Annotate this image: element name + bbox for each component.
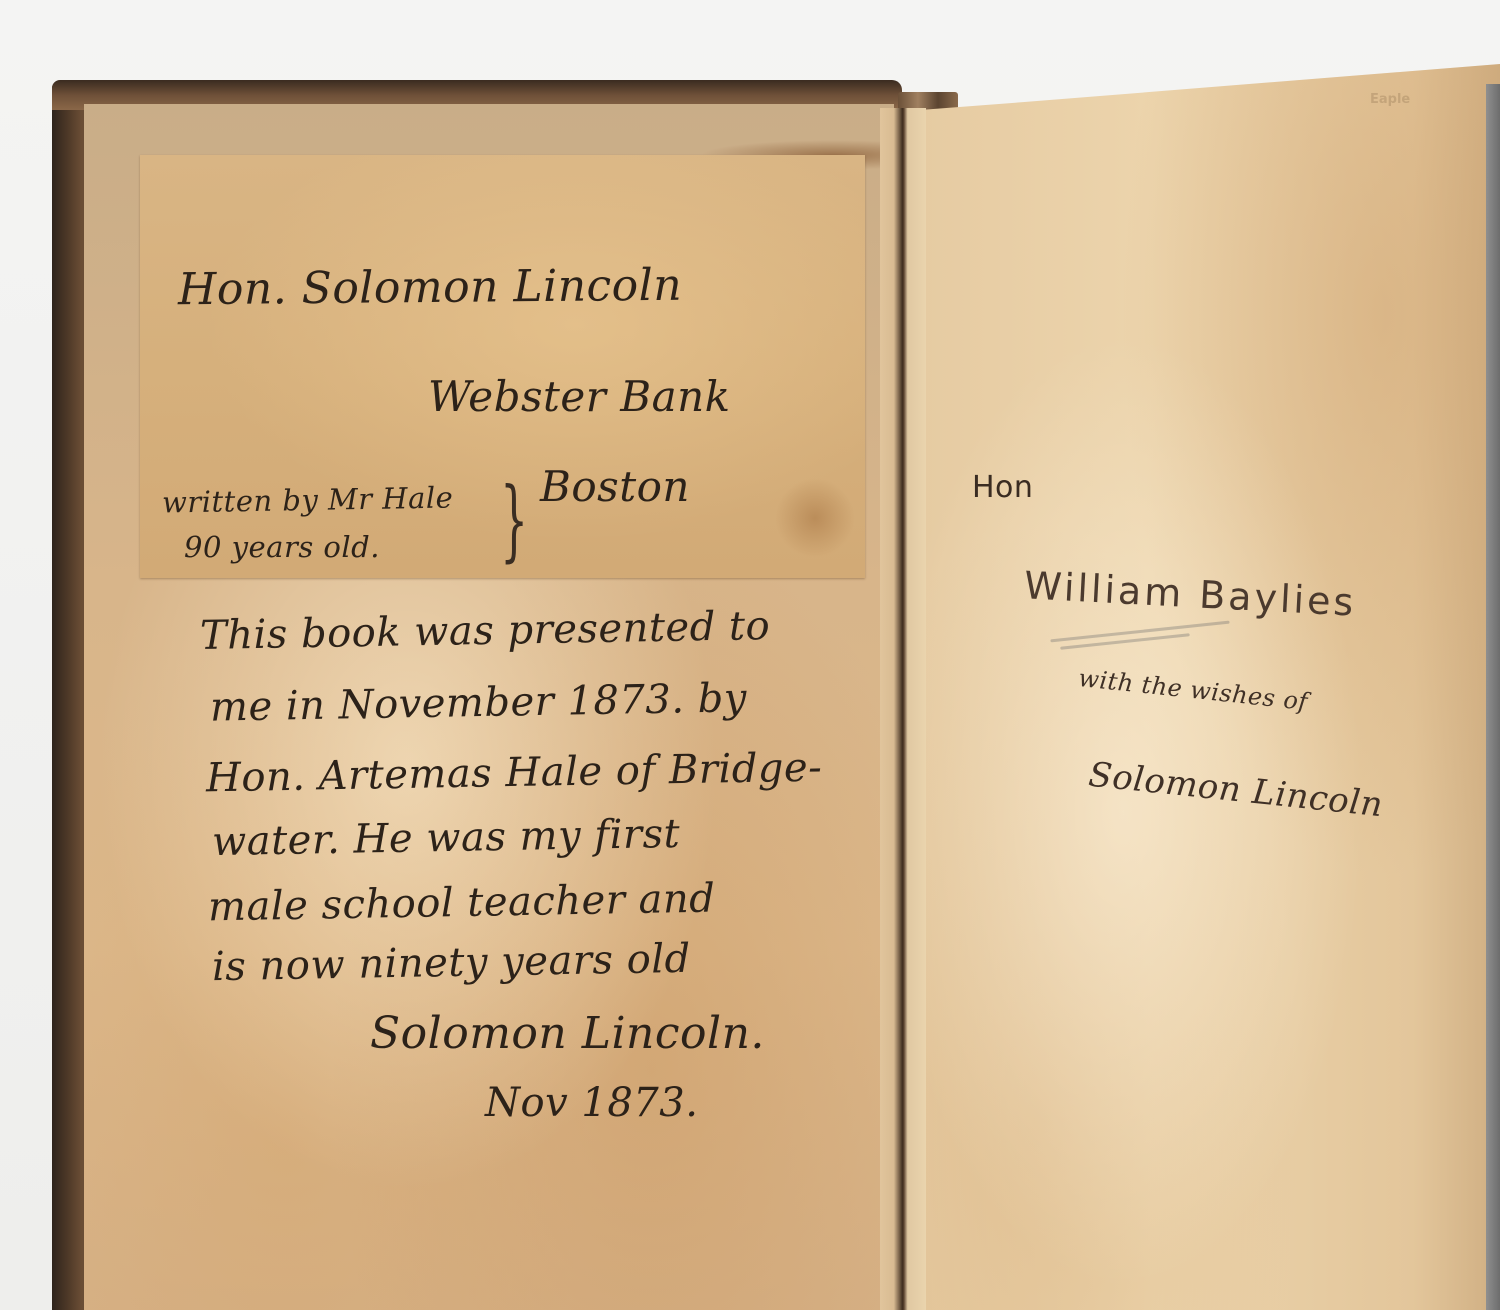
card-bank: Webster Bank xyxy=(428,372,731,421)
card-stain xyxy=(775,478,855,558)
dedication-salutation: Hon xyxy=(972,470,1033,505)
inscription-line-5: male school teacher and xyxy=(208,876,716,931)
inscription-line-2: me in November 1873. by xyxy=(210,675,748,730)
faint-page-mark: Eaple xyxy=(1370,92,1410,107)
right-board-edge xyxy=(1486,84,1500,1310)
book-photograph: Hon. Solomon Lincoln Webster Bank Boston… xyxy=(0,0,1500,1310)
card-addressee: Hon. Solomon Lincoln xyxy=(178,260,683,315)
inscription-date: Nov 1873. xyxy=(485,1080,698,1126)
spine-gutter xyxy=(880,108,926,1310)
brace-mark: } xyxy=(500,468,528,571)
card-city: Boston xyxy=(540,462,690,511)
card-side-note-line-1: written by Mr Hale xyxy=(162,480,454,519)
inscription-line-6: is now ninety years old xyxy=(212,936,691,990)
inscription-line-4: water. He was my first xyxy=(212,811,681,865)
inscription-signature: Solomon Lincoln. xyxy=(370,1008,765,1059)
card-side-note-line-2: 90 years old. xyxy=(184,530,380,564)
